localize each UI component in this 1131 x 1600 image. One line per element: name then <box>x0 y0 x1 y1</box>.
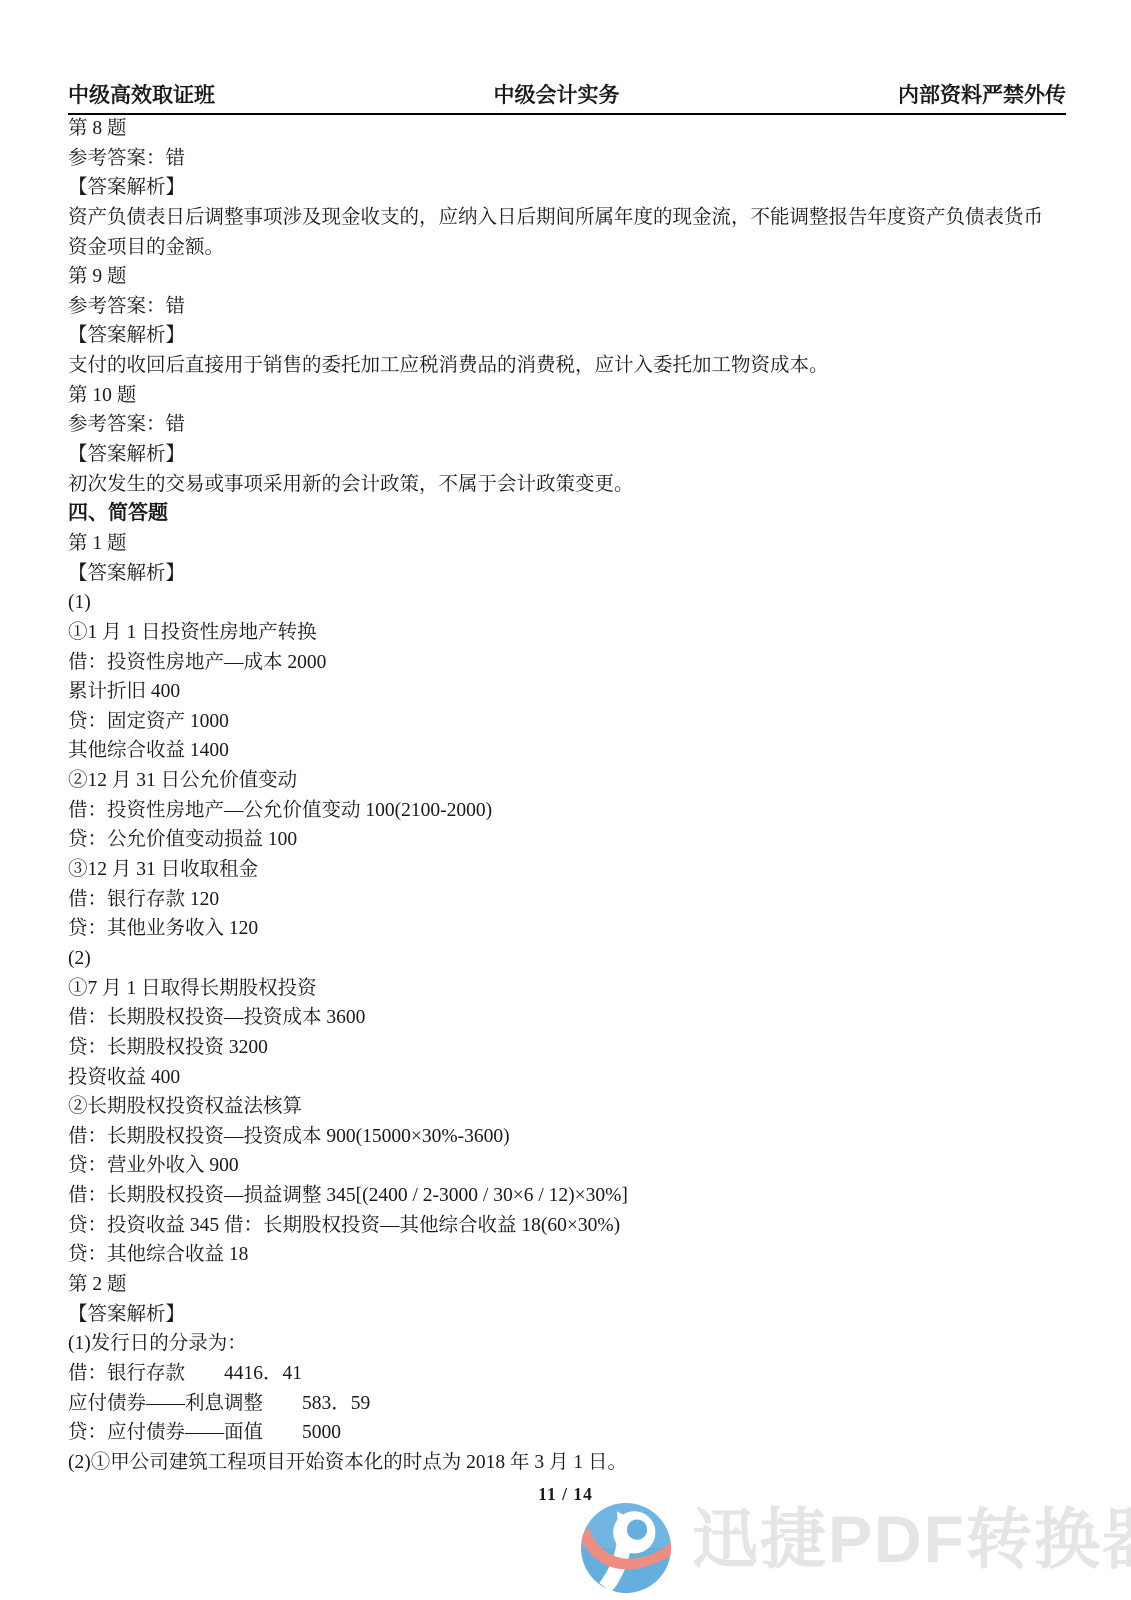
body-line: 其他综合收益 1400 <box>68 736 1076 766</box>
header-course-name: 中级高效取证班 <box>68 84 215 107</box>
body-line: 贷：应付债券——面值 5000 <box>68 1418 1076 1448</box>
body-line: ②长期股权投资权益法核算 <box>68 1092 1076 1122</box>
page-header: 中级高效取证班 中级会计实务 内部资料严禁外传 <box>68 84 1066 115</box>
body-line: (2) <box>68 944 1076 974</box>
body-line: (2)①甲公司建筑工程项目开始资本化的时点为 2018 年 3 月 1 日。 <box>68 1448 1076 1478</box>
body-line: 借：银行存款 120 <box>68 885 1076 915</box>
body-line: 四、简答题 <box>68 499 1076 529</box>
body-line: 借：投资性房地产—公允价值变动 100(2100-2000) <box>68 796 1076 826</box>
body-line: 第 8 题 <box>68 114 1076 144</box>
body-line: 参考答案：错 <box>68 292 1076 322</box>
body-line: 【答案解析】 <box>68 173 1076 203</box>
body-line: 贷：其他综合收益 18 <box>68 1240 1076 1270</box>
body-line: ③12 月 31 日收取租金 <box>68 855 1076 885</box>
body-line: 【答案解析】 <box>68 1300 1076 1330</box>
body-line: 第 1 题 <box>68 529 1076 559</box>
body-line: ②12 月 31 日公允价值变动 <box>68 766 1076 796</box>
body-line: 累计折旧 400 <box>68 677 1076 707</box>
pdf-converter-logo-icon <box>580 1502 672 1594</box>
body-line: 借：长期股权投资—投资成本 900(15000×30%-3600) <box>68 1122 1076 1152</box>
body-line: ①1 月 1 日投资性房地产转换 <box>68 618 1076 648</box>
body-line: 贷：其他业务收入 120 <box>68 914 1076 944</box>
body-line: 应付债券——利息调整 583．59 <box>68 1389 1076 1419</box>
watermark-text: 迅捷PDF转换器 <box>692 1506 1131 1572</box>
body-line: 【答案解析】 <box>68 559 1076 589</box>
body-line: 借：投资性房地产—成本 2000 <box>68 648 1076 678</box>
body-line: 参考答案：错 <box>68 410 1076 440</box>
body-line: 借：长期股权投资—投资成本 3600 <box>68 1003 1076 1033</box>
body-line: 【答案解析】 <box>68 321 1076 351</box>
header-subject-title: 中级会计实务 <box>494 84 620 107</box>
body-line: 贷：公允价值变动损益 100 <box>68 825 1076 855</box>
body-line: 贷：长期股权投资 3200 <box>68 1033 1076 1063</box>
body-line: 贷：营业外收入 900 <box>68 1151 1076 1181</box>
document-page: 中级高效取证班 中级会计实务 内部资料严禁外传 第 8 题参考答案：错【答案解析… <box>0 0 1131 1600</box>
body-line: 投资收益 400 <box>68 1063 1076 1093</box>
body-line: 第 9 题 <box>68 262 1076 292</box>
body-line: 【答案解析】 <box>68 440 1076 470</box>
header-confidential-notice: 内部资料严禁外传 <box>898 84 1066 107</box>
body-line: ①7 月 1 日取得长期股权投资 <box>68 974 1076 1004</box>
body-line: (1) <box>68 588 1076 618</box>
watermark: 迅捷PDF转换器 <box>580 1502 1131 1594</box>
body-line: 第 10 题 <box>68 381 1076 411</box>
body-line: 参考答案：错 <box>68 144 1076 174</box>
body-line: 贷：投资收益 345 借：长期股权投资—其他综合收益 18(60×30%) <box>68 1211 1076 1241</box>
body-line: 资金项目的金额。 <box>68 233 1076 263</box>
body-line: 借：银行存款 4416．41 <box>68 1359 1076 1389</box>
body-line: 第 2 题 <box>68 1270 1076 1300</box>
body-line: 初次发生的交易或事项采用新的会计政策，不属于会计政策变更。 <box>68 470 1076 500</box>
body-line: 贷：固定资产 1000 <box>68 707 1076 737</box>
body-lines: 第 8 题参考答案：错【答案解析】资产负债表日后调整事项涉及现金收支的，应纳入日… <box>68 114 1076 1477</box>
body-line: (1)发行日的分录为： <box>68 1329 1076 1359</box>
body-line: 支付的收回后直接用于销售的委托加工应税消费品的消费税，应计入委托加工物资成本。 <box>68 351 1076 381</box>
body-line: 资产负债表日后调整事项涉及现金收支的，应纳入日后期间所属年度的现金流，不能调整报… <box>68 203 1076 233</box>
body-line: 借：长期股权投资—损益调整 345[(2400 / 2-3000 / 30×6 … <box>68 1181 1076 1211</box>
